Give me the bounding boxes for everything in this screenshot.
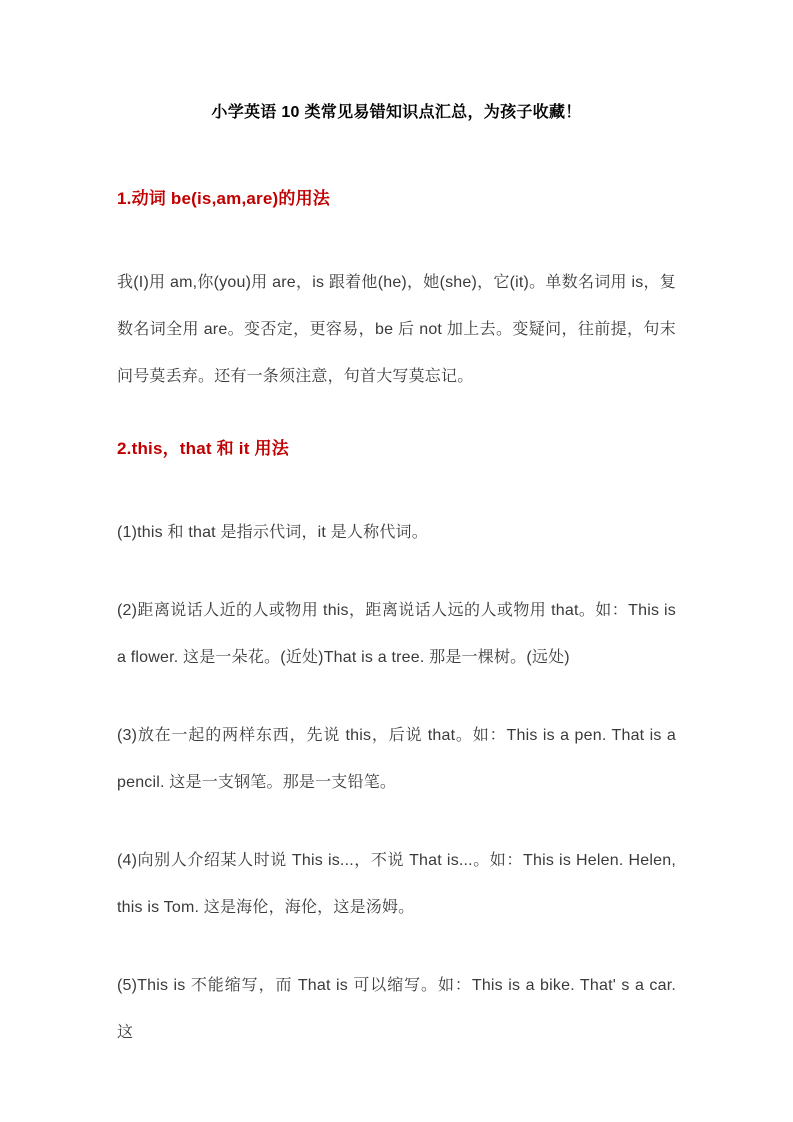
section-heading-be-verb: 1.动词 be(is,am,are)的用法	[117, 187, 676, 211]
section-be-verb: 1.动词 be(is,am,are)的用法 我(I)用 am,你(you)用 a…	[117, 187, 676, 400]
page-title: 小学英语 10 类常见易错知识点汇总，为孩子收藏！	[117, 101, 676, 125]
paragraph-point-1: (1)this 和 that 是指示代词，it 是人称代词。	[117, 509, 676, 556]
section-this-that-it: 2.this，that 和 it 用法 (1)this 和 that 是指示代词…	[117, 437, 676, 1056]
paragraph-be-verb-rhyme: 我(I)用 am,你(you)用 are，is 跟着他(he)，她(she)，它…	[117, 259, 676, 400]
paragraph-point-5: (5)This is 不能缩写，而 That is 可以缩写。如：This is…	[117, 962, 676, 1056]
paragraph-point-3: (3)放在一起的两样东西，先说 this，后说 that。如：This is a…	[117, 712, 676, 806]
document-page: 小学英语 10 类常见易错知识点汇总，为孩子收藏！ 1.动词 be(is,am,…	[0, 0, 793, 1122]
paragraph-point-2: (2)距离说话人近的人或物用 this，距离说话人远的人或物用 that。如：T…	[117, 587, 676, 681]
paragraph-point-4: (4)向别人介绍某人时说 This is...，不说 That is...。如：…	[117, 837, 676, 931]
section-heading-this-that-it: 2.this，that 和 it 用法	[117, 437, 676, 461]
